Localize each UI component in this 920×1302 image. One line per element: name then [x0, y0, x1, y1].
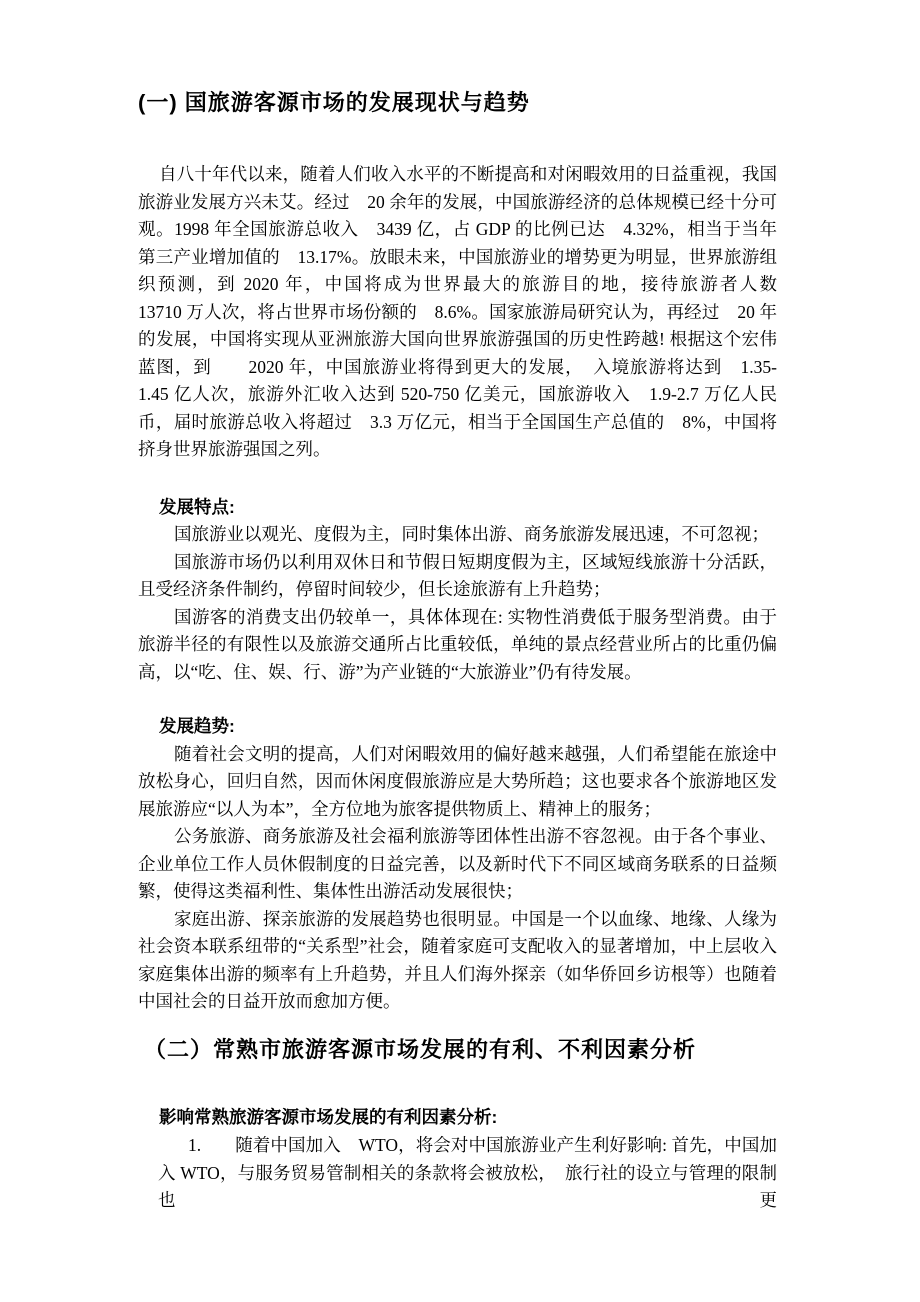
trend-item-2: 公务旅游、商务旅游及社会福利旅游等团体性出游不容忽视。由于各个事业、企业单位工作…: [138, 823, 777, 906]
feature-item-1: 国旅游业以观光、度假为主，同时集体出游、商务旅游发展迅速，不可忽视；: [138, 521, 777, 549]
features-heading: 发展特点:: [159, 494, 777, 522]
document-page: (一) 国旅游客源市场的发展现状与趋势 自八十年代以来，随着人们收入水平的不断提…: [0, 0, 920, 1302]
trend-item-1: 随着社会文明的提高，人们对闲暇效用的偏好越来越强，人们希望能在旅途中放松身心，回…: [138, 741, 777, 824]
numbered-list-item: 1.随着中国加入 WTO，将会对中国旅游业产生利好影响: 首先，中国加入 WTO…: [158, 1132, 777, 1215]
feature-item-3: 国游客的消费支出仍较单一，具体体现在: 实物性消费低于服务型消费。由于旅游半径的…: [138, 604, 777, 687]
section1-heading: (一) 国旅游客源市场的发展现状与趋势: [138, 88, 777, 118]
feature-item-2: 国旅游市场仍以利用双休日和节假日短期度假为主，区域短线旅游十分活跃，且受经济条件…: [138, 549, 777, 604]
favorable-factors-heading: 影响常熟旅游客源市场发展的有利因素分析:: [159, 1104, 777, 1132]
section1-intro-paragraph: 自八十年代以来，随着人们收入水平的不断提高和对闲暇效用的日益重视，我国旅游业发展…: [138, 161, 777, 464]
list-item-text: 随着中国加入 WTO，将会对中国旅游业产生利好影响: 首先，中国加入 WTO，与…: [158, 1135, 777, 1210]
trend-item-3: 家庭出游、探亲旅游的发展趋势也很明显。中国是一个以血缘、地缘、人缘为社会资本联系…: [138, 906, 777, 1016]
trends-heading: 发展趋势:: [159, 713, 777, 741]
list-item-number: 1.: [188, 1135, 201, 1155]
section2-heading: （二）常熟市旅游客源市场发展的有利、不利因素分析: [144, 1034, 777, 1066]
